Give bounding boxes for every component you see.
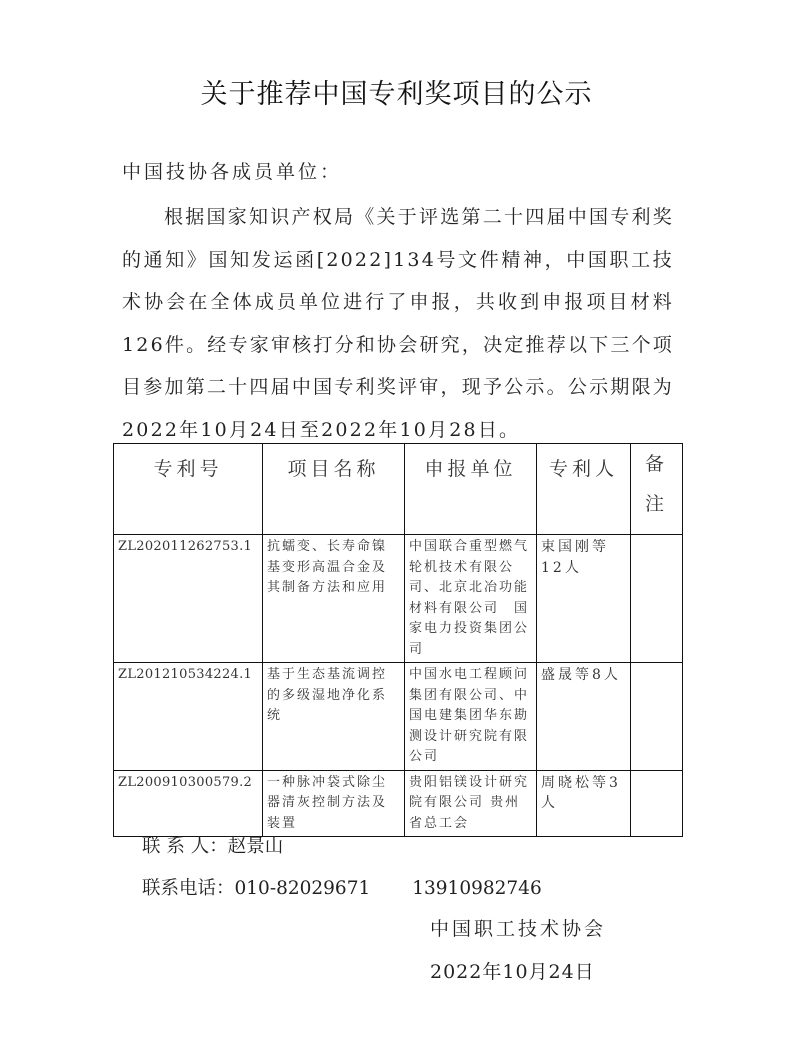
body-paragraph: 根据国家知识产权局《关于评选第二十四届中国专利奖的通知》国知发运函[2022]1… (122, 196, 674, 451)
contact-phone-label: 联系电话： (142, 878, 235, 899)
contact-phone-landline: 010-82029671 (235, 878, 371, 899)
cell-inventors: 盛晟等8人 (537, 663, 631, 771)
cell-project-name: 基于生态基流调控的多级湿地净化系统 (263, 663, 405, 771)
table-row: ZL201210534224.1 基于生态基流调控的多级湿地净化系统 中国水电工… (114, 663, 683, 771)
contact-person-label: 联 系 人： (142, 836, 228, 857)
cell-inventors: 周晓松等3人 (537, 770, 631, 837)
header-remark: 备注 (631, 444, 683, 535)
contact-person: 联 系 人：赵景山 (142, 832, 283, 858)
signature-date: 2022年10月24日 (430, 957, 595, 984)
signature-organization: 中国职工技术协会 (430, 914, 606, 941)
cell-inventors: 束国刚等12人 (537, 535, 631, 663)
header-patent-no: 专利号 (114, 444, 263, 535)
cell-project-name: 一种脉冲袋式除尘器清灰控制方法及装置 (263, 770, 405, 837)
cell-applicant: 贵阳铝镁设计研究院有限公司 贵州省总工会 (405, 770, 537, 837)
body-text: 根据国家知识产权局《关于评选第二十四届中国专利奖的通知》国知发运函[2022]1… (122, 206, 674, 441)
cell-patent-no: ZL200910300579.2 (114, 770, 263, 837)
contact-person-name: 赵景山 (228, 836, 284, 857)
header-inventors: 专利人 (537, 444, 631, 535)
cell-remark (631, 663, 683, 771)
cell-patent-no: ZL202011262753.1 (114, 535, 263, 663)
contact-phone: 联系电话：010-8202967113910982746 (142, 874, 542, 900)
cell-remark (631, 770, 683, 837)
table-row: ZL200910300579.2 一种脉冲袋式除尘器清灰控制方法及装置 贵阳铝镁… (114, 770, 683, 837)
cell-project-name: 抗蠕变、长寿命镍基变形高温合金及其制备方法和应用 (263, 535, 405, 663)
cell-applicant: 中国联合重型燃气轮机技术有限公司、北京北冶功能材料有限公司 国家电力投资集团公司 (405, 535, 537, 663)
patent-table: 专利号 项目名称 申报单位 专利人 备注 ZL202011262753.1 抗蠕… (113, 443, 683, 837)
table-row: ZL202011262753.1 抗蠕变、长寿命镍基变形高温合金及其制备方法和应… (114, 535, 683, 663)
cell-patent-no: ZL201210534224.1 (114, 663, 263, 771)
header-applicant: 申报单位 (405, 444, 537, 535)
cell-applicant: 中国水电工程顾问集团有限公司、中国电建集团华东勘测设计研究院有限公司 (405, 663, 537, 771)
salutation: 中国技协各成员单位： (122, 157, 674, 184)
table-header-row: 专利号 项目名称 申报单位 专利人 备注 (114, 444, 683, 535)
document-title: 关于推荐中国专利奖项目的公示 (0, 72, 793, 111)
contact-phone-mobile: 13910982746 (412, 878, 541, 899)
cell-remark (631, 535, 683, 663)
header-project-name: 项目名称 (263, 444, 405, 535)
